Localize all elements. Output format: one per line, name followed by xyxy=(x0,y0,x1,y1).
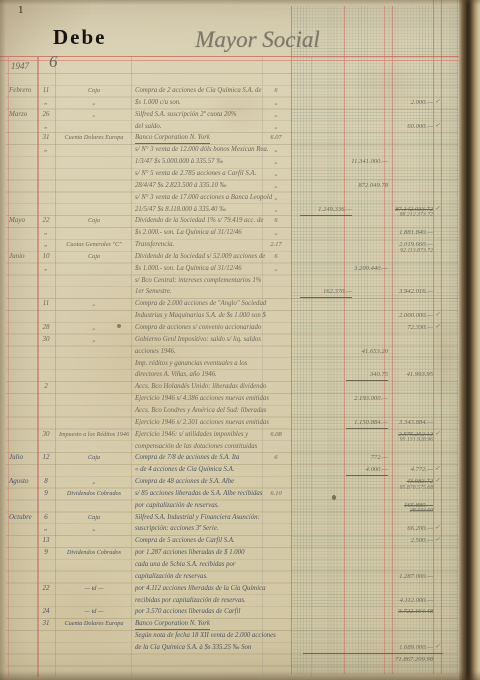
cell-chk: ✓ xyxy=(435,523,447,534)
cell-folio: 6 xyxy=(262,215,290,226)
cell-day: 22 xyxy=(38,583,54,594)
cell-a3: 72.330.— xyxy=(392,322,433,333)
ledger-row: 22— id —por 4.112 acciones liberadas de … xyxy=(0,583,470,594)
cell-chk: ✓ xyxy=(435,476,447,487)
cell-a2: 3.200.440.— xyxy=(346,263,388,274)
cell-desc: Compra de 2 acciones de Cía Química S.A.… xyxy=(135,85,261,96)
cell-desc: de la Cía Química S.A. à $s 335.25 ‰ Son xyxy=(135,642,251,653)
ledger-row: 28„Compra de acciones s/ convenio accion… xyxy=(0,322,470,333)
cell-desc: Ejercicio 1946 s/ 2.301 acciones nuevas … xyxy=(135,417,269,428)
cell-a2: 41.653.20 xyxy=(346,346,388,357)
cell-account: Caja xyxy=(56,251,132,262)
cell-account: Cuenta Dolares Europa xyxy=(56,618,132,629)
cell-desc: del saldo. xyxy=(135,121,161,132)
ledger-row: „$s 2.000.- son. La Química al 31/12/46„… xyxy=(0,227,470,238)
ledger-row: 21/5/47 $s 8.118.000 à 335.40 ‰„1.249.33… xyxy=(0,204,470,215)
cell-day: „ xyxy=(38,97,54,108)
cell-day: 2 xyxy=(38,381,54,392)
ledger-row: 13Compra de 5 acciones de Carfil S.A.2.5… xyxy=(0,535,470,546)
ledger-row: 11„Compra de 2.000 acciones de "Anglo" S… xyxy=(0,298,470,309)
cell-folio: „ xyxy=(262,263,290,274)
cell-chk: ✓ xyxy=(435,97,447,108)
ledger-row: 31Cuenta Dolares EuropaBanco Corporation… xyxy=(0,618,470,629)
cell-account: Dividendos Cobrados xyxy=(56,547,132,558)
cell-day: 22 xyxy=(38,215,54,226)
cell-a2: 772.— xyxy=(346,452,388,463)
ledger-row: 1er Semestre.162.370.—3.942.016.— xyxy=(0,286,470,297)
cell-desc: directores A. Viñas, año 1946. xyxy=(135,369,217,380)
cell-day: 24 xyxy=(38,606,54,617)
ledger-row: 71.867.209.98 xyxy=(0,654,470,665)
ledger-row: Febrero11CajaCompra de 2 acciones de Cía… xyxy=(0,85,470,96)
cell-desc: s/ N° 3 venta de 12.000 dóls bonos Mexic… xyxy=(135,144,269,155)
ledger-row: „del saldo.„60.000.—✓ xyxy=(0,121,470,132)
cell-day: 9 xyxy=(38,488,54,499)
cell-account: „ xyxy=(56,476,132,487)
cell-day: 11 xyxy=(38,85,54,96)
ledger-row: 28/4/47 $s 2.823.500 à 335.10 ‰„872.049.… xyxy=(0,180,470,191)
cell-month: Julio xyxy=(9,452,37,463)
ledger-row: cada una de Schia S.A. recibidas por xyxy=(0,559,470,570)
cell-desc: por capitalización de reservas. xyxy=(135,500,219,511)
ledger-row: Junio10CajaDividendo de la Sociedad s/ 5… xyxy=(0,251,470,262)
cell-account: „ xyxy=(56,334,132,345)
cell-desc: por 3.570 acciones liberadas de Carfil xyxy=(135,606,240,617)
cell-desc: « de 4 acciones de Cía Química S.A. xyxy=(135,464,234,475)
cell-chk: ✓ xyxy=(435,642,447,653)
cell-a3: 60.000.— xyxy=(392,121,433,132)
book-gutter-edge xyxy=(459,0,480,680)
cell-desc: Accs. Bco Londres y América del Sud: lib… xyxy=(135,405,266,416)
ledger-row: por capitalización de reservas.165.880.—… xyxy=(0,500,470,511)
cell-desc: Gobierno Genl Impositivo: saldo s/ liq. … xyxy=(135,334,261,345)
cell-month: Agosto xyxy=(9,476,37,487)
cell-day: „ xyxy=(38,144,54,155)
cell-folio: „ xyxy=(262,180,290,191)
cell-desc: Imp. réditos y ganancias eventuales a lo… xyxy=(135,358,247,369)
cell-account: Impuesto a los Réditos 1946 xyxy=(56,429,132,440)
ledger-row: acciones 1946.41.653.20 xyxy=(0,346,470,357)
ledger-row: „Cuotas Generales "C"Transferencia.2.172… xyxy=(0,239,470,250)
cell-chk: ✓ xyxy=(435,322,447,333)
cell-day: „ xyxy=(38,263,54,274)
cell-desc: $s 2.000.- son. La Química al 31/12/46 xyxy=(135,227,242,238)
ledger-row: s/ N° 5 venta de 2.785 acciones a Carfil… xyxy=(0,168,470,179)
cell-account: Caja xyxy=(56,85,132,96)
ledger-row: 30Impuesto a los Réditos 1946Ejercicio 1… xyxy=(0,429,470,440)
cell-a3: 2.500.— xyxy=(392,535,433,546)
cell-a2: 4.000.— xyxy=(346,464,388,476)
cell-desc: Banco Corporation N. York xyxy=(135,132,210,144)
ledger-row: Accs. Bco Londres y América del Sud: lib… xyxy=(0,405,470,416)
cell-folio: 6.08 xyxy=(262,429,290,440)
cell-a3: 3.722.164.48 xyxy=(392,606,433,617)
cell-a3: 41.993.95 xyxy=(392,369,433,380)
cell-day: 10 xyxy=(38,251,54,262)
ledger-row: s/ Bco Central: intereses complementario… xyxy=(0,275,470,286)
cell-chk: ✓ xyxy=(435,464,447,475)
ledger-row: Industrias y Maquinarias S.A. de $s 1.00… xyxy=(0,310,470,321)
cell-desc: Transferencia. xyxy=(135,239,174,250)
cell-desc: Compra de 5 acciones de Carfil S.A. xyxy=(135,535,235,546)
ledger-row: Imp. réditos y ganancias eventuales a lo… xyxy=(0,358,470,369)
cell-day: 13 xyxy=(38,535,54,546)
ledger-row: 9Dividendos Cobradoss/ 85 acciones liber… xyxy=(0,488,470,499)
ledger-row: 1/3/47 $s 5.000.000 à 335.57 ‰„11.341.00… xyxy=(0,156,470,167)
ledger-row: Marzo26„Silfred S.A. suscripción 2ª cuot… xyxy=(0,109,470,120)
cell-desc: Banco Corporation N. York xyxy=(135,618,210,630)
cell-a3: 1.689.000.— xyxy=(392,642,433,653)
cell-account: — id — xyxy=(56,583,132,594)
ledger-row: compensación de las dotaciones constitui… xyxy=(0,441,470,452)
cell-desc: Compra de acciones s/ convenio accionari… xyxy=(135,322,261,333)
ledger-page: 1 Debe Mayor Social 1947 6 Febrero11Caja… xyxy=(0,0,480,680)
page-edge xyxy=(0,0,480,5)
cell-folio: 6 xyxy=(262,85,290,96)
cell-desc: Compra de 7/8 de acciones de S.A. Ita xyxy=(135,452,239,463)
cell-chk: ✓ xyxy=(435,310,447,321)
cell-a3: 4.772.— xyxy=(392,464,433,475)
cell-a3: 2.000.— xyxy=(392,97,433,108)
cell-chk: ✓ xyxy=(435,429,447,440)
cell-a3: 3.942.016.— xyxy=(392,286,433,297)
ledger-row: recibidas por capitalización de reservas… xyxy=(0,595,470,606)
cell-day: 28 xyxy=(38,322,54,333)
cell-account: „ xyxy=(56,523,132,534)
ledger-row: „$s 1.000.- son. La Química al 31/12/46„… xyxy=(0,263,470,274)
cell-account: „ xyxy=(56,109,132,120)
cell-day: 12 xyxy=(38,452,54,463)
ledger-row: 24— id —por 3.570 acciones liberadas de … xyxy=(0,606,470,617)
cell-folio: „ xyxy=(262,109,290,120)
cell-folio: „ xyxy=(262,156,290,167)
cell-desc: Ejercicio 1946: s/ utilidades imponibles… xyxy=(135,429,248,440)
cell-folio: 6.07 xyxy=(262,132,290,143)
cell-desc: acciones 1946. xyxy=(135,346,176,357)
cell-month: Febrero xyxy=(9,85,37,96)
cell-chk: ✓ xyxy=(435,121,447,132)
ledger-row: 2Accs. Bco Holandés Unido: liberadas div… xyxy=(0,381,470,392)
ledger-row: „„suscripción: acciones 3ª Serie.66.200.… xyxy=(0,523,470,534)
cell-folio: 6 xyxy=(262,452,290,463)
ledger-row: Agosto8„Compra de 48 acciones de S.A. Al… xyxy=(0,476,470,487)
cell-desc: Compra de 48 acciones de S.A. Albe xyxy=(135,476,234,487)
cell-day: 9 xyxy=(38,547,54,558)
cell-desc: s/ Bco Central: intereses complementario… xyxy=(135,275,261,286)
cell-desc: 21/5/47 $s 8.118.000 à 335.40 ‰ xyxy=(135,204,226,215)
cell-account: „ xyxy=(56,298,132,309)
cell-chk: ✓ xyxy=(435,535,447,546)
cell-desc: 28/4/47 $s 2.823.500 à 335.10 ‰ xyxy=(135,180,226,191)
cell-a3: 3.343.884.— xyxy=(392,417,433,428)
cell-day: 26 xyxy=(38,109,54,120)
ledger-row: directores A. Viñas, año 1946.340.7541.9… xyxy=(0,369,470,380)
ledger-row: „„$s 1.000 c/u son.„2.000.—✓ xyxy=(0,97,470,108)
cell-a2: 2.193.000.— xyxy=(346,393,388,404)
cell-account: Caja xyxy=(56,512,132,523)
cell-desc: por 1.287 acciones liberadas de $ 1.000 xyxy=(135,547,245,558)
cell-day: „ xyxy=(38,227,54,238)
cell-day: „ xyxy=(38,239,54,250)
cell-a3: 71.867.209.98 xyxy=(392,654,433,665)
cell-day: 30 xyxy=(38,334,54,345)
cell-desc: recibidas por capitalización de reservas… xyxy=(135,595,246,606)
cell-account: — id — xyxy=(56,606,132,617)
cell-desc: $s 1.000.- son. La Química al 31/12/46 xyxy=(135,263,242,274)
cell-day: 31 xyxy=(38,618,54,629)
ledger-row: Ejercicio 1946 s/ 2.301 acciones nuevas … xyxy=(0,417,470,428)
cell-month: Marzo xyxy=(9,109,37,120)
cell-folio: 6.10 xyxy=(262,488,290,499)
cell-folio: „ xyxy=(262,204,290,215)
ledger-row: 9Dividendos Cobradospor 1.287 acciones l… xyxy=(0,547,470,558)
cell-desc: capitalización de reservas. xyxy=(135,571,208,582)
cell-day: 11 xyxy=(38,298,54,309)
cell-desc: compensación de las dotaciones constitui… xyxy=(135,441,257,452)
cell-month: Octubre xyxy=(9,512,37,523)
cell-account: „ xyxy=(56,97,132,108)
cell-chk: ✓ xyxy=(435,204,447,215)
cell-folio: 2.17 xyxy=(262,239,290,250)
cell-desc: s/ 85 acciones liberadas de S.A. Albe re… xyxy=(135,488,262,499)
cell-account: Caja xyxy=(56,452,132,463)
cell-desc: 1/3/47 $s 5.000.000 à 335.57 ‰ xyxy=(135,156,223,167)
cell-folio: „ xyxy=(262,144,290,155)
cell-desc: Según nota de fecha 18 XII venta de 2.00… xyxy=(135,630,276,641)
ledger-row: 31Cuenta Dolares EuropaBanco Corporation… xyxy=(0,132,470,143)
ledger-row: Julio12CajaCompra de 7/8 de acciones de … xyxy=(0,452,470,463)
ledger-row: Según nota de fecha 18 XII venta de 2.00… xyxy=(0,630,470,641)
cell-a2: 872.049.78 xyxy=(346,180,388,191)
cell-desc: Ejercicio 1946 s/ 4.386 acciones nuevas … xyxy=(135,393,269,404)
cell-desc: Dividendo de la Sociedad 1% s/ 79.419 ac… xyxy=(135,215,263,226)
cell-desc: Dividendo de la Sociedad s/ 52.009 accio… xyxy=(135,251,265,262)
ledger-row: de la Cía Química S.A. à $s 335.25 ‰ Son… xyxy=(0,642,470,653)
ledger-row: „s/ N° 3 venta de 12.000 dóls bonos Mexi… xyxy=(0,144,470,155)
cell-day: „ xyxy=(38,121,54,132)
cell-a3: 2.000.000.— xyxy=(392,310,433,321)
cell-desc: suscripción: acciones 3ª Serie. xyxy=(135,523,218,534)
cell-folio: „ xyxy=(262,121,290,132)
cell-folio: „ xyxy=(262,192,290,203)
cell-day: „ xyxy=(38,523,54,534)
cell-a3: 1.881.840.— xyxy=(392,227,433,238)
cell-day: 6 xyxy=(38,512,54,523)
cell-a2: 11.341.000.— xyxy=(346,156,388,167)
cell-month: Mayo xyxy=(9,215,37,226)
cell-account: Dividendos Cobrados xyxy=(56,488,132,499)
cell-a1: 162.370.— xyxy=(300,286,352,298)
cell-a2: 1.150.884.— xyxy=(346,417,388,429)
cell-day: 31 xyxy=(38,132,54,143)
cell-folio: „ xyxy=(262,227,290,238)
cell-a3: 4.112.000.— xyxy=(392,595,433,606)
ledger-row: Ejercicio 1946 s/ 4.386 acciones nuevas … xyxy=(0,393,470,404)
page-edge xyxy=(0,671,480,680)
cell-desc: Silfred S.A. Industrial y Financiera Asu… xyxy=(135,512,260,523)
ledger-row: 30„Gobierno Genl Impositivo: saldo s/ li… xyxy=(0,334,470,345)
ledger-row: s/ N° 3 venta de 17.000 acciones a Banca… xyxy=(0,192,470,203)
cell-a3: 66.200.— xyxy=(392,523,433,534)
cell-desc: Industrias y Maquinarias S.A. de $s 1.00… xyxy=(135,310,266,321)
ledger-row: capitalización de reservas.1.287.000.— xyxy=(0,571,470,582)
cell-folio: 6 xyxy=(262,251,290,262)
cell-desc: por 4.112 acciones liberadas de la Cía Q… xyxy=(135,583,266,594)
cell-desc: s/ N° 5 venta de 2.785 acciones a Carfil… xyxy=(135,168,256,179)
cell-folio: „ xyxy=(262,168,290,179)
cell-account: Cuotas Generales "C" xyxy=(56,239,132,250)
ledger-rows: Febrero11CajaCompra de 2 acciones de Cía… xyxy=(0,0,480,680)
ledger-row: Octubre6CajaSilfred S.A. Industrial y Fi… xyxy=(0,512,470,523)
cell-desc: 1er Semestre. xyxy=(135,286,172,297)
cell-desc: cada una de Schia S.A. recibidas por xyxy=(135,559,236,570)
ledger-row: « de 4 acciones de Cía Química S.A.4.000… xyxy=(0,464,470,475)
cell-account: Caja xyxy=(56,215,132,226)
cell-a3: 1.287.000.— xyxy=(392,571,433,582)
cell-day: 30 xyxy=(38,429,54,440)
cell-a1: 1.249.336.— xyxy=(300,204,352,216)
cell-day: 8 xyxy=(38,476,54,487)
ledger-row: Mayo22CajaDividendo de la Sociedad 1% s/… xyxy=(0,215,470,226)
cell-a2: 340.75 xyxy=(346,369,388,381)
cell-account: „ xyxy=(56,322,132,333)
cell-desc: $s 1.000 c/u son. xyxy=(135,97,181,108)
cell-desc: Compra de 2.000 acciones de "Anglo" Soci… xyxy=(135,298,266,309)
cell-folio: „ xyxy=(262,97,290,108)
cell-desc: s/ N° 3 venta de 17.000 acciones a Banca… xyxy=(135,192,272,203)
cell-desc: Silfred S.A. suscripción 2ª cuota 20% xyxy=(135,109,237,120)
page-edge xyxy=(0,0,6,680)
cell-month: Junio xyxy=(9,251,37,262)
cell-account: Cuenta Dolares Europa xyxy=(56,132,132,143)
cell-desc: Accs. Bco Holandés Unido: liberadas divi… xyxy=(135,381,266,392)
